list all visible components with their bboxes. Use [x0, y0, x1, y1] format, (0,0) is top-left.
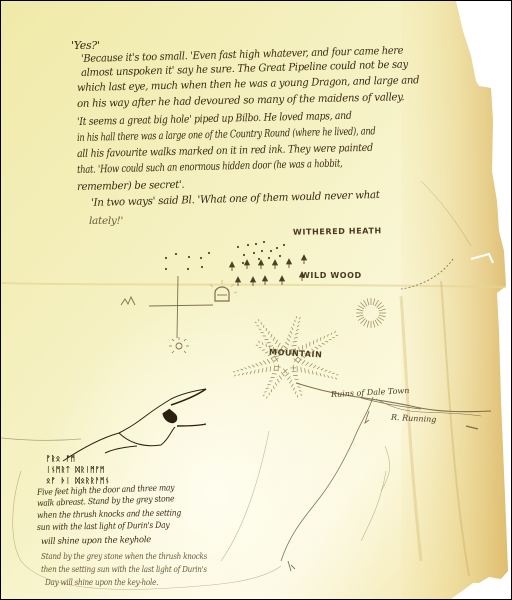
manuscript-line: 'Yes?' — [71, 39, 100, 52]
note-line: will shine upon the keyhole — [41, 535, 151, 547]
note-line: then the setting sun with the last light… — [41, 565, 207, 575]
manuscript-line: lately!' — [89, 215, 123, 227]
manuscript-line: remember) be secret'. — [77, 179, 185, 193]
scan-frame: 'Yes?' 'Because it's too small. 'Even fa… — [1, 1, 511, 599]
rune-line: ᛁᚾᛗᚱᛏ ᛞᚱᛁᛗᚠᛗ — [46, 465, 105, 474]
note-line: Stand by the grey stone when the thrush … — [41, 552, 207, 562]
rune-line: ᚠᚱᛟ ᚠᛗ — [46, 454, 75, 463]
map-label-withered-heath: WITHERED HEATH — [293, 226, 382, 237]
manuscript-page: 'Yes?' 'Because it's too small. 'Even fa… — [1, 1, 511, 599]
map-label-wild-wood: WILD WOOD — [301, 271, 362, 280]
note-line: Day will shine upon the key-hole. — [45, 578, 158, 588]
rune-line: ᛟᚠ ᚦᛁ ᛞᛟᚱᚱᚨᛗᚾ — [46, 476, 110, 485]
